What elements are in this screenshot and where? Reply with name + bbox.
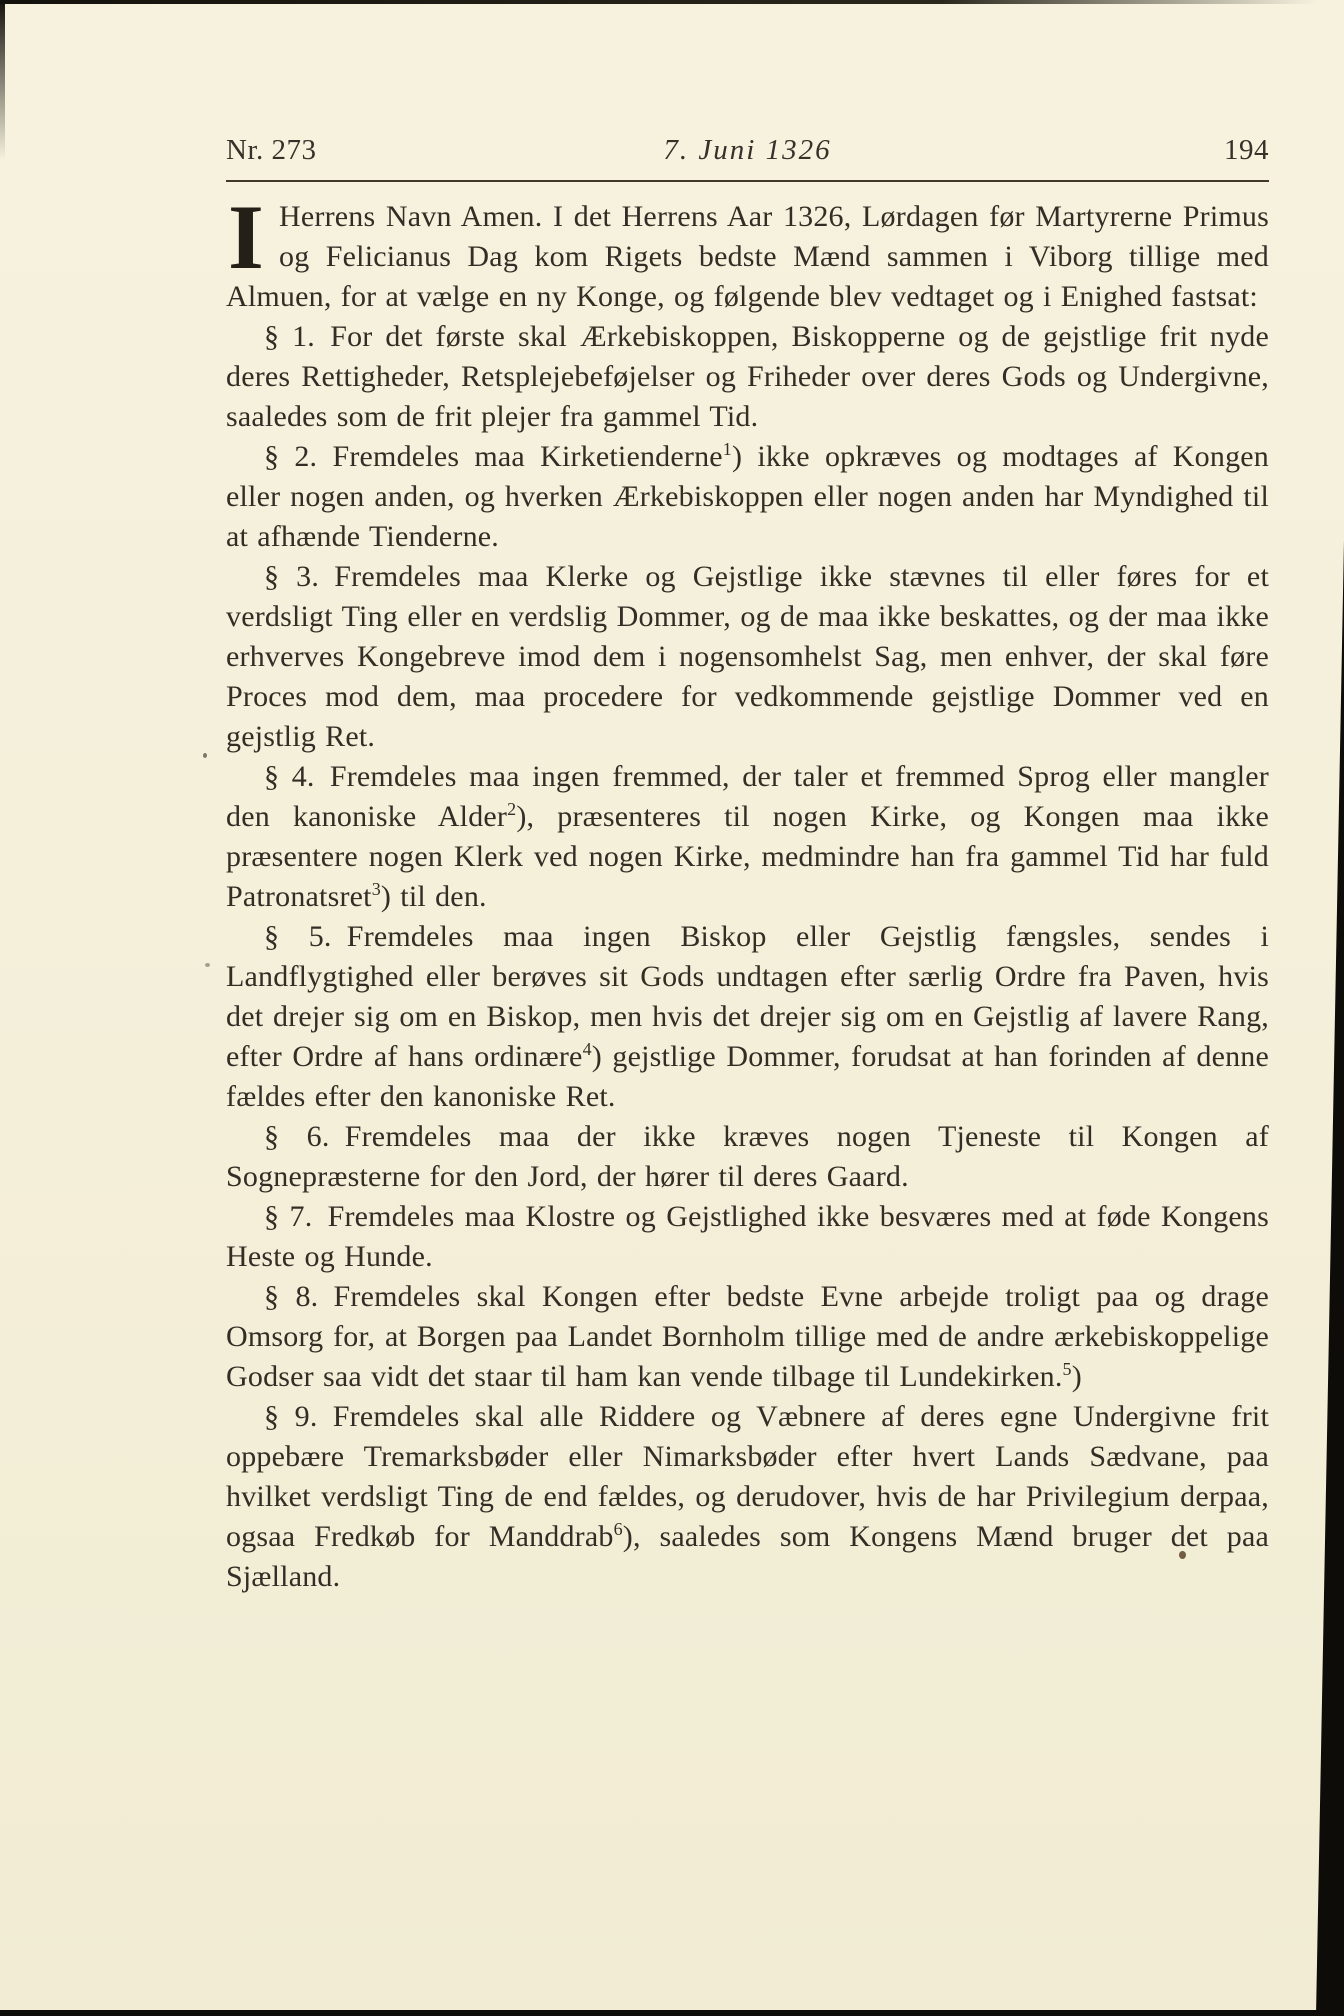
section-8: § 8. Fremdeles skal Kongen efter bedste … — [226, 1277, 1269, 1397]
footnote-ref: 6 — [614, 1519, 623, 1539]
section-2: § 2. Fremdeles maa Kirketienderne1) ikke… — [226, 437, 1269, 557]
document-date: 7. Juni 1326 — [542, 134, 953, 167]
footnote-ref: 2 — [507, 799, 516, 819]
text-run: § 7. Fremdeles maa Klostre og Gejstlighe… — [226, 1200, 1269, 1273]
page-content: Nr. 273 7. Juni 1326 194 IHerrens Navn A… — [226, 134, 1269, 1597]
scan-edge-top — [0, 0, 1344, 4]
footnote-ref: 5 — [1063, 1359, 1072, 1379]
intro-paragraph: IHerrens Navn Amen. I det Herrens Aar 13… — [226, 197, 1269, 317]
footnote-ref: 1 — [723, 439, 732, 459]
section-1: § 1. For det første skal Ærkebiskoppen, … — [226, 317, 1269, 437]
section-5: § 5. Fremdeles maa ingen Biskop eller Ge… — [226, 917, 1269, 1117]
section-3: § 3. Fremdeles maa Klerke og Gejstlige i… — [226, 557, 1269, 757]
text-run: § 8. Fremdeles skal Kongen efter bedste … — [226, 1280, 1269, 1393]
document-body: IHerrens Navn Amen. I det Herrens Aar 13… — [226, 197, 1269, 1597]
text-run: ) til den. — [381, 880, 487, 913]
scan-edge-left — [0, 0, 5, 160]
page-speck — [205, 963, 210, 967]
document-number: Nr. 273 — [226, 134, 542, 167]
section-7: § 7. Fremdeles maa Klostre og Gejstlighe… — [226, 1197, 1269, 1277]
text-run: § 2. Fremdeles maa Kirketienderne — [264, 440, 723, 473]
page-header: Nr. 273 7. Juni 1326 194 — [226, 134, 1269, 182]
section-9: § 9. Fremdeles skal alle Riddere og Væbn… — [226, 1397, 1269, 1597]
scan-edge-bottom — [0, 2010, 1344, 2016]
text-run: § 1. For det første skal Ærkebiskoppen, … — [226, 320, 1269, 433]
footnote-ref: 3 — [372, 879, 381, 899]
page-number: 194 — [953, 134, 1269, 167]
book-page: Nr. 273 7. Juni 1326 194 IHerrens Navn A… — [0, 0, 1344, 2016]
drop-cap: I — [226, 197, 279, 275]
text-run: § 3. Fremdeles maa Klerke og Gejstlige i… — [226, 560, 1269, 753]
page-speck — [203, 753, 207, 758]
footnote-ref: 4 — [583, 1039, 592, 1059]
scan-edge-right — [1316, 540, 1344, 2016]
section-6: § 6. Fremdeles maa der ikke kræves nogen… — [226, 1117, 1269, 1197]
text-run: Herrens Navn Amen. I det Herrens Aar 132… — [226, 200, 1269, 313]
text-run: § 6. Fremdeles maa der ikke kræves nogen… — [226, 1120, 1269, 1193]
text-run: ) — [1072, 1360, 1082, 1393]
section-4: § 4. Fremdeles maa ingen fremmed, der ta… — [226, 757, 1269, 917]
